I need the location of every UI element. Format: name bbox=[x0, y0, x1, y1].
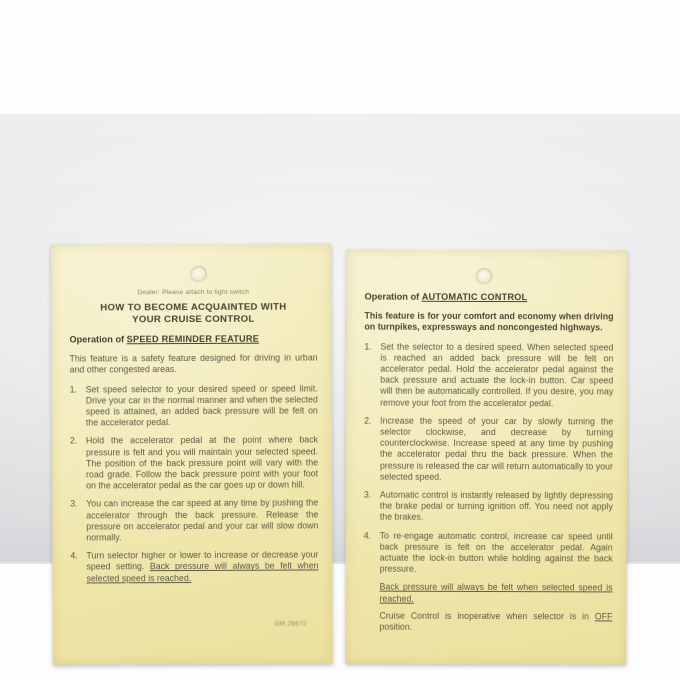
item-text: To re-engage automatic control, increase… bbox=[380, 530, 613, 576]
off-note-suffix: position. bbox=[379, 622, 412, 632]
numbered-list: 1. Set speed selector to your desired sp… bbox=[70, 383, 319, 584]
item-text: Automatic control is instantly released … bbox=[380, 490, 613, 524]
item-number: 2. bbox=[70, 436, 86, 492]
form-number: GM 26672 bbox=[275, 621, 307, 628]
section-heading: Operation of SPEED REMINDER FEATURE bbox=[69, 333, 317, 345]
numbered-list: 1. Set the selector to a desired speed. … bbox=[364, 341, 614, 576]
dealer-note: Dealer: Please attach to light switch bbox=[69, 288, 317, 297]
item-text: Increase the speed of your car by slowly… bbox=[380, 415, 613, 483]
list-item: 2. Hold the accelerator pedal at the poi… bbox=[70, 435, 318, 492]
item-text: Set the selector to a desired speed. Whe… bbox=[380, 341, 613, 409]
item-number: 4. bbox=[364, 530, 380, 575]
item-text: Turn selector higher or lower to increas… bbox=[86, 550, 318, 585]
photo-background: Dealer: Please attach to light switch HO… bbox=[0, 114, 680, 564]
section-heading-prefix: Operation of bbox=[365, 292, 420, 302]
back-pressure-note: Back pressure will always be felt when s… bbox=[379, 582, 612, 605]
list-item: 3. Automatic control is instantly releas… bbox=[364, 490, 613, 524]
item-number: 1. bbox=[70, 384, 86, 429]
list-item: 1. Set speed selector to your desired sp… bbox=[70, 383, 318, 429]
list-item: 1. Set the selector to a desired speed. … bbox=[364, 341, 613, 409]
item-text: Set speed selector to your desired speed… bbox=[86, 383, 318, 429]
card-title-line1: HOW TO BECOME ACQUAINTED WITH bbox=[69, 301, 317, 314]
item-number: 1. bbox=[364, 341, 380, 408]
item-number: 4. bbox=[70, 551, 86, 585]
item-text: You can increase the car speed at any ti… bbox=[86, 498, 318, 544]
off-position-note: Cruise Control is inoperative when selec… bbox=[379, 611, 612, 634]
section-heading-emphasis: AUTOMATIC CONTROL bbox=[422, 292, 528, 302]
section-heading-prefix: Operation of bbox=[69, 334, 124, 344]
product-photo: Dealer: Please attach to light switch HO… bbox=[0, 0, 680, 680]
off-note-emphasis: OFF bbox=[595, 611, 613, 621]
instruction-card-right: Operation of AUTOMATIC CONTROL This feat… bbox=[345, 250, 627, 665]
list-item: 4. Turn selector higher or lower to incr… bbox=[70, 550, 318, 585]
list-item: 3. You can increase the car speed at any… bbox=[70, 498, 318, 544]
left-card-text: Dealer: Please attach to light switch HO… bbox=[51, 243, 333, 664]
instruction-card-left: Dealer: Please attach to light switch HO… bbox=[51, 243, 333, 664]
card-title: HOW TO BECOME ACQUAINTED WITH YOUR CRUIS… bbox=[69, 301, 317, 325]
item-number: 3. bbox=[364, 490, 380, 524]
off-note-prefix: Cruise Control is inoperative when selec… bbox=[379, 611, 589, 622]
item-text: Hold the accelerator pedal at the point … bbox=[86, 435, 318, 492]
card-title-line2: YOUR CRUISE CONTROL bbox=[69, 313, 317, 326]
list-item: 4. To re-engage automatic control, incre… bbox=[364, 530, 613, 576]
list-item: 2. Increase the speed of your car by slo… bbox=[364, 415, 613, 483]
section-heading-emphasis: SPEED REMINDER FEATURE bbox=[127, 334, 259, 345]
footnotes: Back pressure will always be felt when s… bbox=[379, 582, 612, 634]
item-number: 3. bbox=[70, 499, 86, 544]
right-card-text: Operation of AUTOMATIC CONTROL This feat… bbox=[345, 250, 627, 665]
intro-paragraph: This feature is a safety feature designe… bbox=[70, 353, 318, 376]
item-number: 2. bbox=[364, 415, 380, 482]
section-heading: Operation of AUTOMATIC CONTROL bbox=[365, 292, 614, 304]
intro-paragraph: This feature is for your comfort and eco… bbox=[364, 311, 613, 334]
